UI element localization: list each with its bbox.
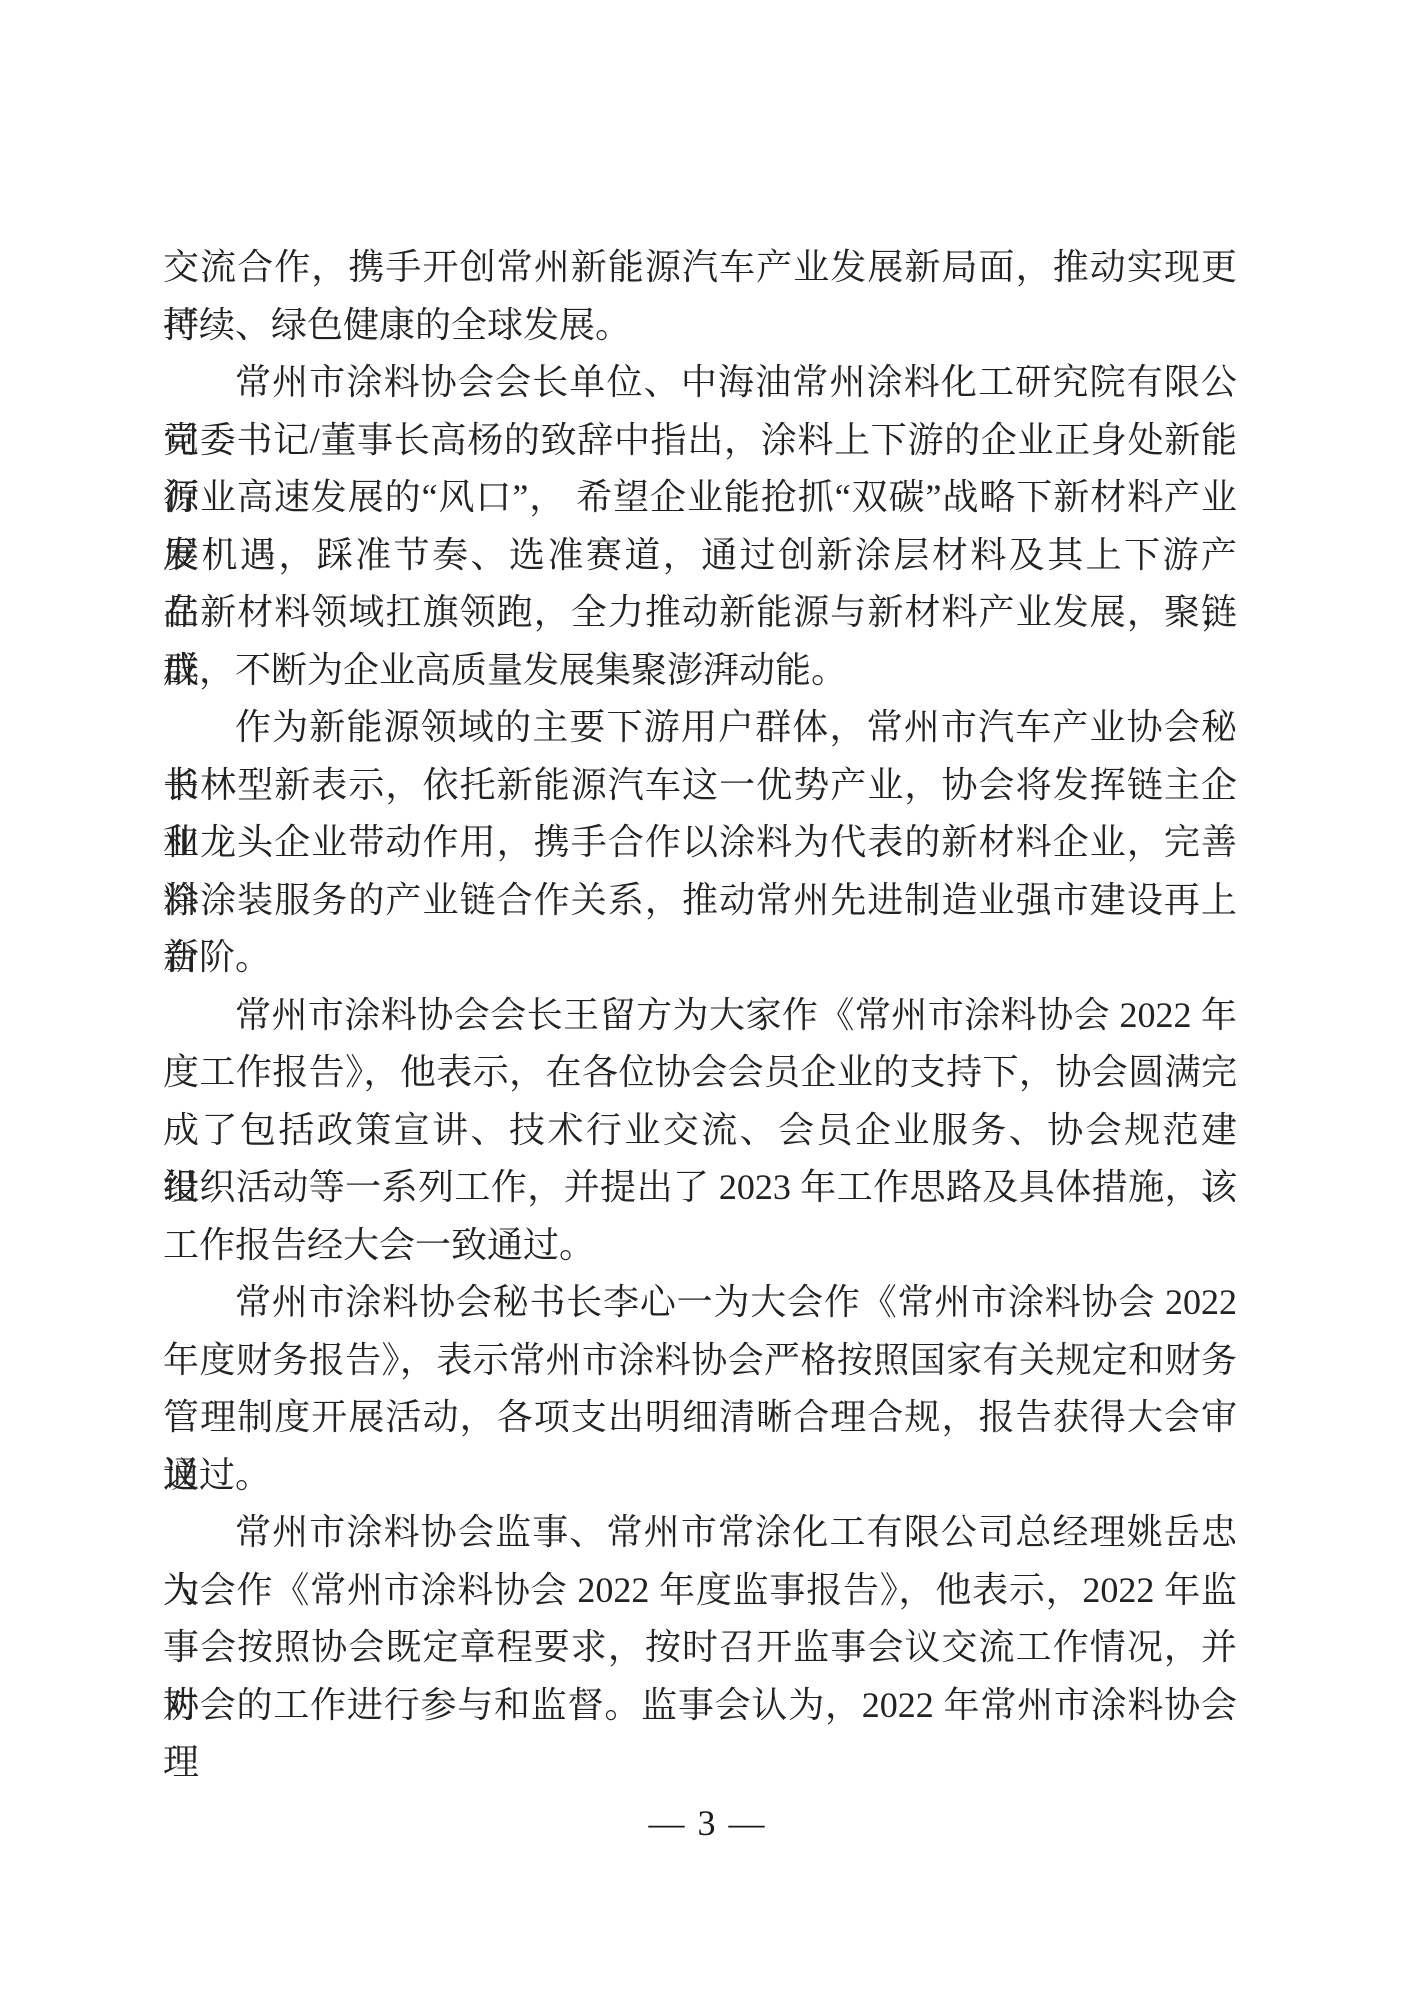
- text-line: 长林型新表示，依托新能源汽车这一优势产业，协会将发挥链主企业: [163, 757, 1237, 815]
- text-line: 行业高速发展的“风口”， 希望企业能抢抓“双碳”战略下新材料产业发: [163, 469, 1237, 527]
- text-line: 群，不断为企业高质量发展集聚澎湃动能。: [163, 642, 1237, 700]
- text-line: 成了包括政策宣讲、技术行业交流、会员企业服务、协会规范建设、: [163, 1102, 1237, 1160]
- text-line: 事会按照协会既定章程要求，按时召开监事会议交流工作情况，并对: [163, 1619, 1237, 1677]
- text-line: 度工作报告》，他表示，在各位协会会员企业的支持下，协会圆满完: [163, 1044, 1237, 1102]
- text-line: 交流合作，携手开创常州新能源汽车产业发展新局面，推动实现更可: [163, 239, 1237, 297]
- text-line: 年度财务报告》，表示常州市涂料协会严格按照国家有关规定和财务: [163, 1332, 1237, 1390]
- page-number: — 3 —: [0, 1802, 1415, 1844]
- text-line: 在新材料领域扛旗领跑，全力推动新能源与新材料产业发展，聚链成: [163, 584, 1237, 642]
- text-line: 工作报告经大会一致通过。: [163, 1217, 1237, 1275]
- text-line: 和龙头企业带动作用，携手合作以涂料为代表的新材料企业，完善涂: [163, 814, 1237, 872]
- text-line: 管理制度开展活动，各项支出明细清晰合理合规，报告获得大会审议: [163, 1389, 1237, 1447]
- text-line: 组织活动等一系列工作，并提出了 2023 年工作思路及具体措施，该: [163, 1159, 1237, 1217]
- text-line: 持续、绿色健康的全球发展。: [163, 297, 1237, 355]
- text-line: 作为新能源领域的主要下游用户群体，常州市汽车产业协会秘书: [163, 699, 1237, 757]
- text-line: 协会的工作进行参与和监督。监事会认为，2022 年常州市涂料协会理: [163, 1677, 1237, 1735]
- text-line: 常州市涂料协会监事、常州市常涂化工有限公司总经理姚岳忠为: [163, 1504, 1237, 1562]
- text-line: 台阶。: [163, 929, 1237, 987]
- text-line: 料涂装服务的产业链合作关系，推动常州先进制造业强市建设再上新: [163, 872, 1237, 930]
- document-body: 交流合作，携手开创常州新能源汽车产业发展新局面，推动实现更可持续、绿色健康的全球…: [163, 239, 1237, 1734]
- text-line: 大会作《常州市涂料协会 2022 年度监事报告》，他表示，2022 年监: [163, 1562, 1237, 1620]
- text-line: 常州市涂料协会秘书长李心一为大会作《常州市涂料协会 2022: [163, 1274, 1237, 1332]
- text-line: 通过。: [163, 1447, 1237, 1505]
- text-line: 党委书记/董事长高杨的致辞中指出，涂料上下游的企业正身处新能源: [163, 412, 1237, 470]
- text-line: 展机遇，踩准节奏、选准赛道，通过创新涂层材料及其上下游产品，: [163, 527, 1237, 585]
- text-line: 常州市涂料协会会长单位、中海油常州涂料化工研究院有限公司: [163, 354, 1237, 412]
- text-line: 常州市涂料协会会长王留方为大家作《常州市涂料协会 2022 年: [163, 987, 1237, 1045]
- document-page: 交流合作，携手开创常州新能源汽车产业发展新局面，推动实现更可持续、绿色健康的全球…: [0, 0, 1415, 2000]
